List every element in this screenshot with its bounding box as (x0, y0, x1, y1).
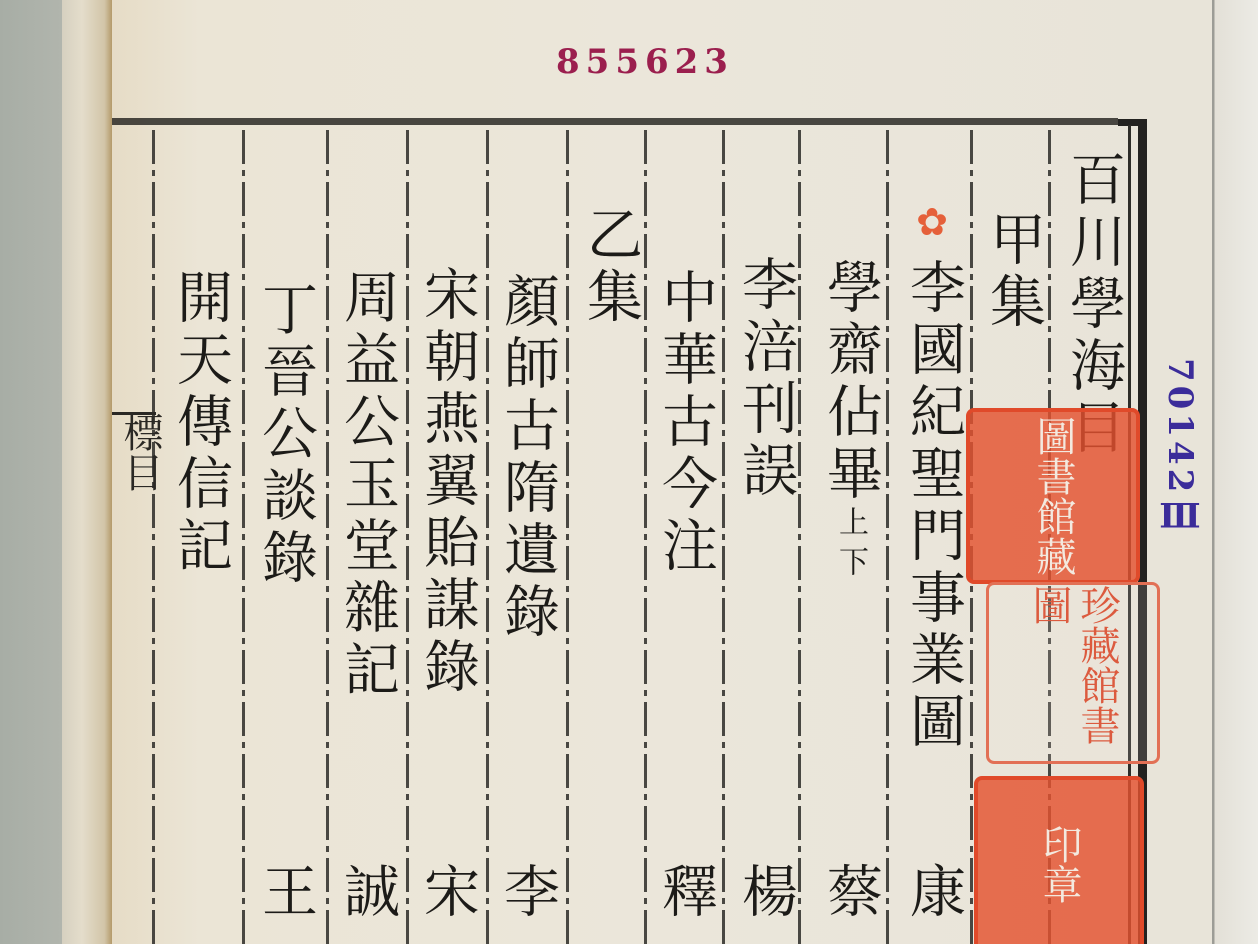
entry-author: 蔡 (815, 862, 885, 918)
section-heading-yi: 乙集 (575, 205, 645, 329)
seal-upper: 圖書館藏 (966, 408, 1140, 584)
entry-title: 李國紀聖門事業圖 (898, 258, 968, 754)
top-border-rule (112, 118, 1118, 125)
entry-title: 丁晉公談錄 (250, 280, 320, 590)
blue-accession-stamp: 70142Ⅲ (1160, 358, 1200, 540)
entry-title: 中華古今注 (650, 268, 720, 578)
column-divider (326, 130, 329, 944)
margin-label: 標目 (112, 412, 169, 492)
column-divider (486, 130, 489, 944)
column-divider (566, 130, 569, 944)
entry-title: 顏師古隋遺錄 (492, 272, 562, 644)
entry-title: 李涪刊誤 (730, 255, 800, 503)
catalog-number-stamp: 855623 (556, 42, 734, 82)
entry-title: 學齋佔畢上下 (815, 258, 885, 586)
column-divider (406, 130, 409, 944)
entry-title: 開天傳信記 (165, 268, 235, 578)
entry-author: 楊 (730, 862, 800, 918)
background-surface (0, 0, 62, 944)
seal-middle: 珍藏館書圖 (986, 582, 1160, 764)
entry-volume-note: 上下 (833, 506, 868, 586)
blue-stamp-suffix: Ⅲ (1160, 496, 1200, 540)
flower-marker-icon: ✿ (912, 202, 952, 242)
entry-author: 宋 (412, 862, 482, 918)
column-divider (798, 130, 801, 944)
column-divider (886, 130, 889, 944)
entry-title: 宋朝燕翼貽謀錄 (412, 265, 482, 699)
blue-stamp-number: 70142 (1160, 358, 1200, 496)
entry-author: 王 (250, 862, 320, 918)
seal-lower: 印章 (974, 776, 1144, 944)
entry-author: 李 (492, 862, 562, 918)
section-heading-jia: 甲集 (978, 210, 1048, 334)
page-fold-right (1212, 0, 1258, 944)
entry-author: 誠 (332, 862, 402, 918)
column-divider (152, 130, 155, 944)
entry-title-text: 學齋佔畢 (818, 258, 883, 506)
book-fore-edge (62, 0, 112, 944)
column-divider (722, 130, 725, 944)
column-divider (242, 130, 245, 944)
entry-author: 康 (898, 862, 968, 918)
entry-title: 周益公玉堂雜記 (332, 268, 402, 702)
entry-author: 釋 (650, 862, 720, 918)
